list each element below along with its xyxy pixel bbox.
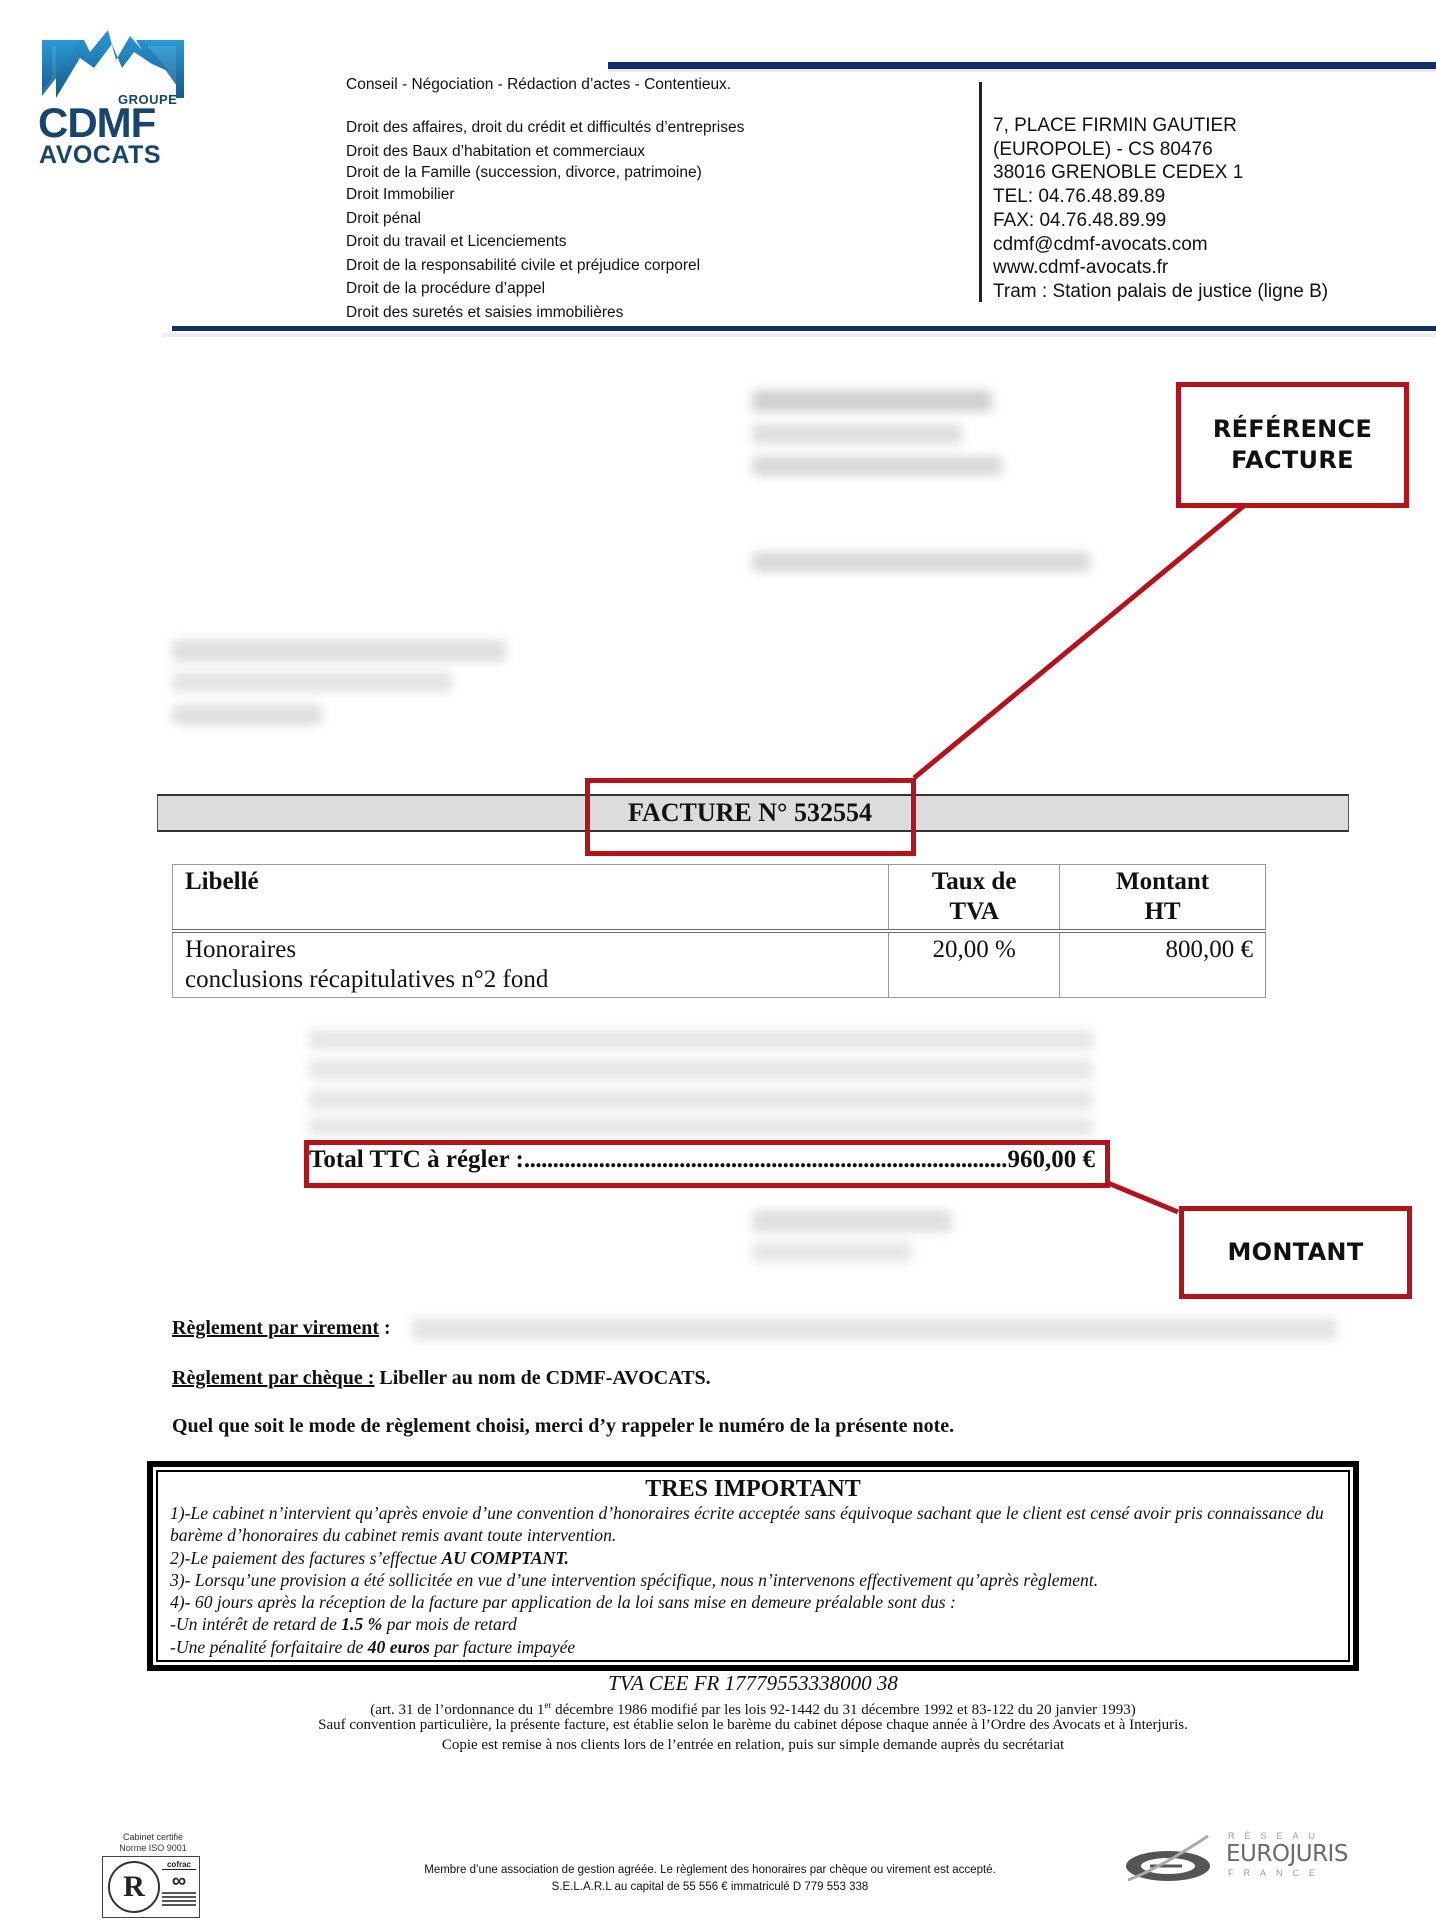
header-top-rule bbox=[608, 62, 1436, 69]
redacted-reference-1 bbox=[172, 640, 506, 662]
address-divider bbox=[979, 82, 982, 302]
header-top-rule-shadow bbox=[608, 69, 1436, 72]
reference-callout: RÉFÉRENCEFACTURE bbox=[1176, 382, 1409, 508]
practice-area: Droit de la Famille (succession, divorce… bbox=[346, 163, 744, 183]
redacted-bank-details bbox=[412, 1318, 1337, 1340]
firm-address: 7, PLACE FIRMIN GAUTIER (EUROPOLE) - CS … bbox=[993, 114, 1328, 304]
important-title: TRES IMPORTANT bbox=[170, 1476, 1336, 1502]
logo-avocats: AVOCATS bbox=[39, 142, 161, 168]
website-link[interactable]: www.cdmf-avocats.fr bbox=[993, 256, 1328, 280]
column-header-libelle: Libellé bbox=[173, 865, 889, 932]
redacted-recipient-name bbox=[752, 390, 992, 412]
tram-info: Tram : Station palais de justice (ligne … bbox=[993, 280, 1328, 304]
cell-tva: 20,00 % bbox=[889, 931, 1060, 998]
legal-line-3: Copie est remise à nos clients lors de l… bbox=[0, 1736, 1436, 1756]
practice-area: Droit pénal bbox=[346, 207, 744, 231]
address-line: 7, PLACE FIRMIN GAUTIER bbox=[993, 114, 1328, 138]
header-bottom-rule bbox=[172, 326, 1436, 331]
address-line: (EUROPOLE) - CS 80476 bbox=[993, 138, 1328, 162]
notice-late-penalty: -Une pénalité forfaitaire de 40 euros pa… bbox=[170, 1636, 1336, 1658]
vat-number: TVA CEE FR 17779553338000 38 bbox=[0, 1670, 1436, 1696]
legal-line-2: Sauf convention particulière, la présent… bbox=[0, 1716, 1436, 1736]
cdmf-logo: GROUPE CDMF AVOCATS bbox=[38, 28, 188, 178]
header-bottom-rule-shadow bbox=[162, 333, 1436, 337]
table-row: Honorairesconclusions récapitulatives n°… bbox=[173, 931, 1266, 998]
iso-caption: Cabinet certifié Norme ISO 9001 bbox=[100, 1832, 206, 1853]
cheque-payee: Libeller au nom de CDMF-AVOCATS. bbox=[374, 1367, 710, 1389]
redacted-subtotal-1 bbox=[309, 1030, 1093, 1050]
transfer-payment: Règlement par virement : bbox=[172, 1316, 391, 1340]
transfer-label: Règlement par virement bbox=[172, 1317, 379, 1339]
firm-tagline: Conseil - Négociation - Rédaction d’acte… bbox=[346, 76, 731, 94]
notice-item-3: 3)- Lorsqu’une provision a été sollicité… bbox=[170, 1569, 1336, 1591]
practice-area: Droit des affaires, droit du crédit et d… bbox=[346, 116, 744, 140]
practice-area: Droit de la responsabilité civile et pré… bbox=[346, 254, 744, 278]
notice-item-1: 1)-Le cabinet n’intervient qu’après envo… bbox=[170, 1502, 1336, 1547]
practice-area: Droit des suretés et saisies immobilière… bbox=[346, 301, 744, 325]
cell-libelle: Honorairesconclusions récapitulatives n°… bbox=[173, 931, 889, 998]
cheque-label: Règlement par chèque : bbox=[172, 1367, 374, 1389]
redacted-reference-3 bbox=[172, 705, 322, 725]
redacted-subtotal-2 bbox=[309, 1060, 1093, 1080]
redacted-signatory-title bbox=[752, 1242, 912, 1262]
fax: FAX: 04.76.48.89.99 bbox=[993, 209, 1328, 233]
invoice-number-highlight bbox=[585, 778, 916, 856]
eurojuris-logo: RÉSEAU EUROJURIS FRANCE bbox=[1120, 1828, 1340, 1898]
cheque-payment: Règlement par chèque : Libeller au nom d… bbox=[172, 1366, 711, 1390]
redacted-subtotal-4 bbox=[309, 1118, 1093, 1136]
notice-item-4: 4)- 60 jours après la réception de la fa… bbox=[170, 1591, 1336, 1613]
redacted-recipient-street bbox=[752, 424, 962, 444]
redacted-subtotal-3 bbox=[309, 1090, 1093, 1110]
cell-montant-ht: 800,00 € bbox=[1060, 931, 1266, 998]
important-notice-box: TRES IMPORTANT 1)-Le cabinet n’intervien… bbox=[147, 1461, 1359, 1671]
logo-cdmf: CDMF bbox=[38, 102, 155, 144]
line-items-table: Libellé Taux deTVA MontantHT Honorairesc… bbox=[172, 864, 1266, 998]
redacted-signatory-name bbox=[752, 1210, 952, 1232]
email-link[interactable]: cdmf@cdmf-avocats.com bbox=[993, 233, 1328, 257]
notice-item-2: 2)-Le paiement des factures s’effectue A… bbox=[170, 1547, 1336, 1569]
practice-areas-list: Droit des affaires, droit du crédit et d… bbox=[346, 116, 744, 324]
practice-area: Droit des Baux d’habitation et commercia… bbox=[346, 140, 744, 164]
total-highlight bbox=[304, 1140, 1110, 1188]
practice-area: Droit du travail et Licenciements bbox=[346, 230, 744, 254]
notice-late-interest: -Un intérêt de retard de 1.5 % par mois … bbox=[170, 1613, 1336, 1635]
eurojuris-name: EUROJURIS bbox=[1226, 1841, 1348, 1867]
column-header-tva: Taux deTVA bbox=[889, 865, 1060, 932]
practice-area: Droit de la procédure d’appel bbox=[346, 277, 744, 301]
table-header-row: Libellé Taux deTVA MontantHT bbox=[173, 865, 1266, 932]
redacted-reference-2 bbox=[172, 672, 452, 692]
amount-callout: MONTANT bbox=[1179, 1206, 1412, 1299]
practice-area: Droit Immobilier bbox=[346, 183, 744, 207]
payment-reminder: Quel que soit le mode de règlement chois… bbox=[172, 1414, 954, 1438]
redacted-date bbox=[752, 552, 1090, 572]
address-line: 38016 GRENOBLE CEDEX 1 bbox=[993, 161, 1328, 185]
redacted-recipient-city bbox=[752, 456, 1002, 476]
phone: TEL: 04.76.48.89.89 bbox=[993, 185, 1328, 209]
column-header-montant: MontantHT bbox=[1060, 865, 1266, 932]
eurojuris-emblem-icon bbox=[1120, 1828, 1220, 1888]
